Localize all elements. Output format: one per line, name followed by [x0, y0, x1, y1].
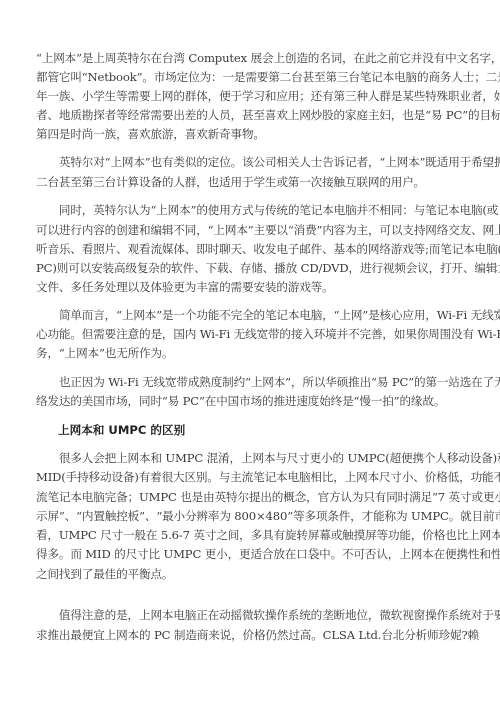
paragraph-1-line-5: 第四是时尚一族，喜欢旅游，喜欢新奇事物。: [36, 127, 466, 141]
paragraph-5-line-1: 也正因为 Wi-Fi 无线宽带成熟度制约“上网本”，所以华硕推出“易 PC”的第…: [36, 375, 466, 389]
section-paragraph-1-line-3: 流笔记本电脑完备；UMPC 也是由英特尔提出的概念，官方认为只有同时满足“7 英…: [36, 490, 466, 504]
paragraph-3-line-2: 可以进行内容的创建和编辑不同，“上网本”主要以“消费”内容为主，可以支持网络交友…: [36, 223, 466, 237]
paragraph-1-line-2: 都管它叫“Netbook”。市场定位为：一是需要第二台甚至第三台笔记本电脑的商务…: [36, 70, 466, 84]
section-paragraph-1-line-6: 得多。而 MID 的尺寸比 UMPC 更小，更适合放在口袋中。不可否认，上网本在…: [36, 547, 466, 561]
section-heading: 上网本和 UMPC 的区别: [58, 423, 185, 437]
paragraph-4-line-2: 心功能。但需要注意的是，国内 Wi-Fi 无线宽带的接入环境并不完善，如果你周围…: [36, 327, 466, 341]
paragraph-4-line-3: 务，“上网本”也无所作为。: [36, 346, 466, 360]
section-paragraph-1-line-5: 看，UMPC 尺寸一般在 5.6-7 英寸之间，多具有旋转屏幕或触摸屏等功能，价…: [36, 528, 466, 542]
section-paragraph-2-line-2: 求推出最便宜上网本的 PC 制造商来说，价格仍然过高。CLSA Ltd.台北分析…: [36, 628, 466, 642]
paragraph-4-line-1: 简单而言，“上网本”是一个功能不完全的笔记本电脑，“上网”是核心应用，Wi-Fi…: [36, 308, 466, 322]
paragraph-2-line-1: 英特尔对“上网本”也有类似的定位。该公司相关人士告诉记者，“上网本”既适用于希望…: [36, 155, 466, 169]
paragraph-3-line-1: 同时，英特尔认为“上网本”的使用方式与传统的笔记本电脑并不相同：与笔记本电脑(或…: [36, 203, 466, 217]
paragraph-1-line-4: 者、地质勘探者等经常需要出差的人员，甚至喜欢上网炒股的家庭主妇，也是“易 PC”…: [36, 108, 466, 122]
paragraph-3-line-4: PC)则可以安装高级复杂的软件、下载、存储、播放 CD/DVD，进行视频会议，打…: [36, 261, 466, 275]
paragraph-1-line-3: 年一族、小学生等需要上网的群体，便于学习和应用；还有第三种人群是某些特殊职业者，…: [36, 89, 466, 103]
section-paragraph-1-line-2: MID(手持移动设备)有着很大区别。与主流笔记本电脑相比，上网本尺寸小、价格低，…: [36, 470, 466, 484]
section-paragraph-2-line-1: 值得注意的是，上网本电脑正在动摇微软操作系统的垄断地位，微软视窗操作系统对于要: [36, 608, 466, 622]
section-paragraph-1-line-7: 之间找到了最佳的平衡点。: [36, 567, 466, 581]
section-paragraph-1-line-4: 示屏”、“内置触控板”、“最小分辨率为 800×480”等多项条件，才能称为 U…: [36, 509, 466, 523]
paragraph-1-line-1: “上网本”是上周英特尔在台湾 Computex 展会上创造的名词，在此之前它并没…: [36, 51, 466, 65]
paragraph-3-line-3: 听音乐、看照片、观看流媒体、即时聊天、收发电子邮件、基本的网络游戏等;而笔记本电…: [36, 242, 466, 256]
paragraph-3-line-5: 文件、多任务处理以及体验更为丰富的需要安装的游戏等。: [36, 280, 466, 294]
paragraph-5-line-2: 络发达的美国市场，同时“易 PC”在中国市场的推进速度始终是“慢一拍”的缘故。: [36, 394, 466, 408]
paragraph-2-line-2: 二台甚至第三台计算设备的人群，也适用于学生或第一次接触互联网的用户。: [36, 175, 466, 189]
section-paragraph-1-line-1: 很多人会把上网本和 UMPC 混淆，上网本与尺寸更小的 UMPC(超便携个人移动…: [36, 451, 466, 465]
